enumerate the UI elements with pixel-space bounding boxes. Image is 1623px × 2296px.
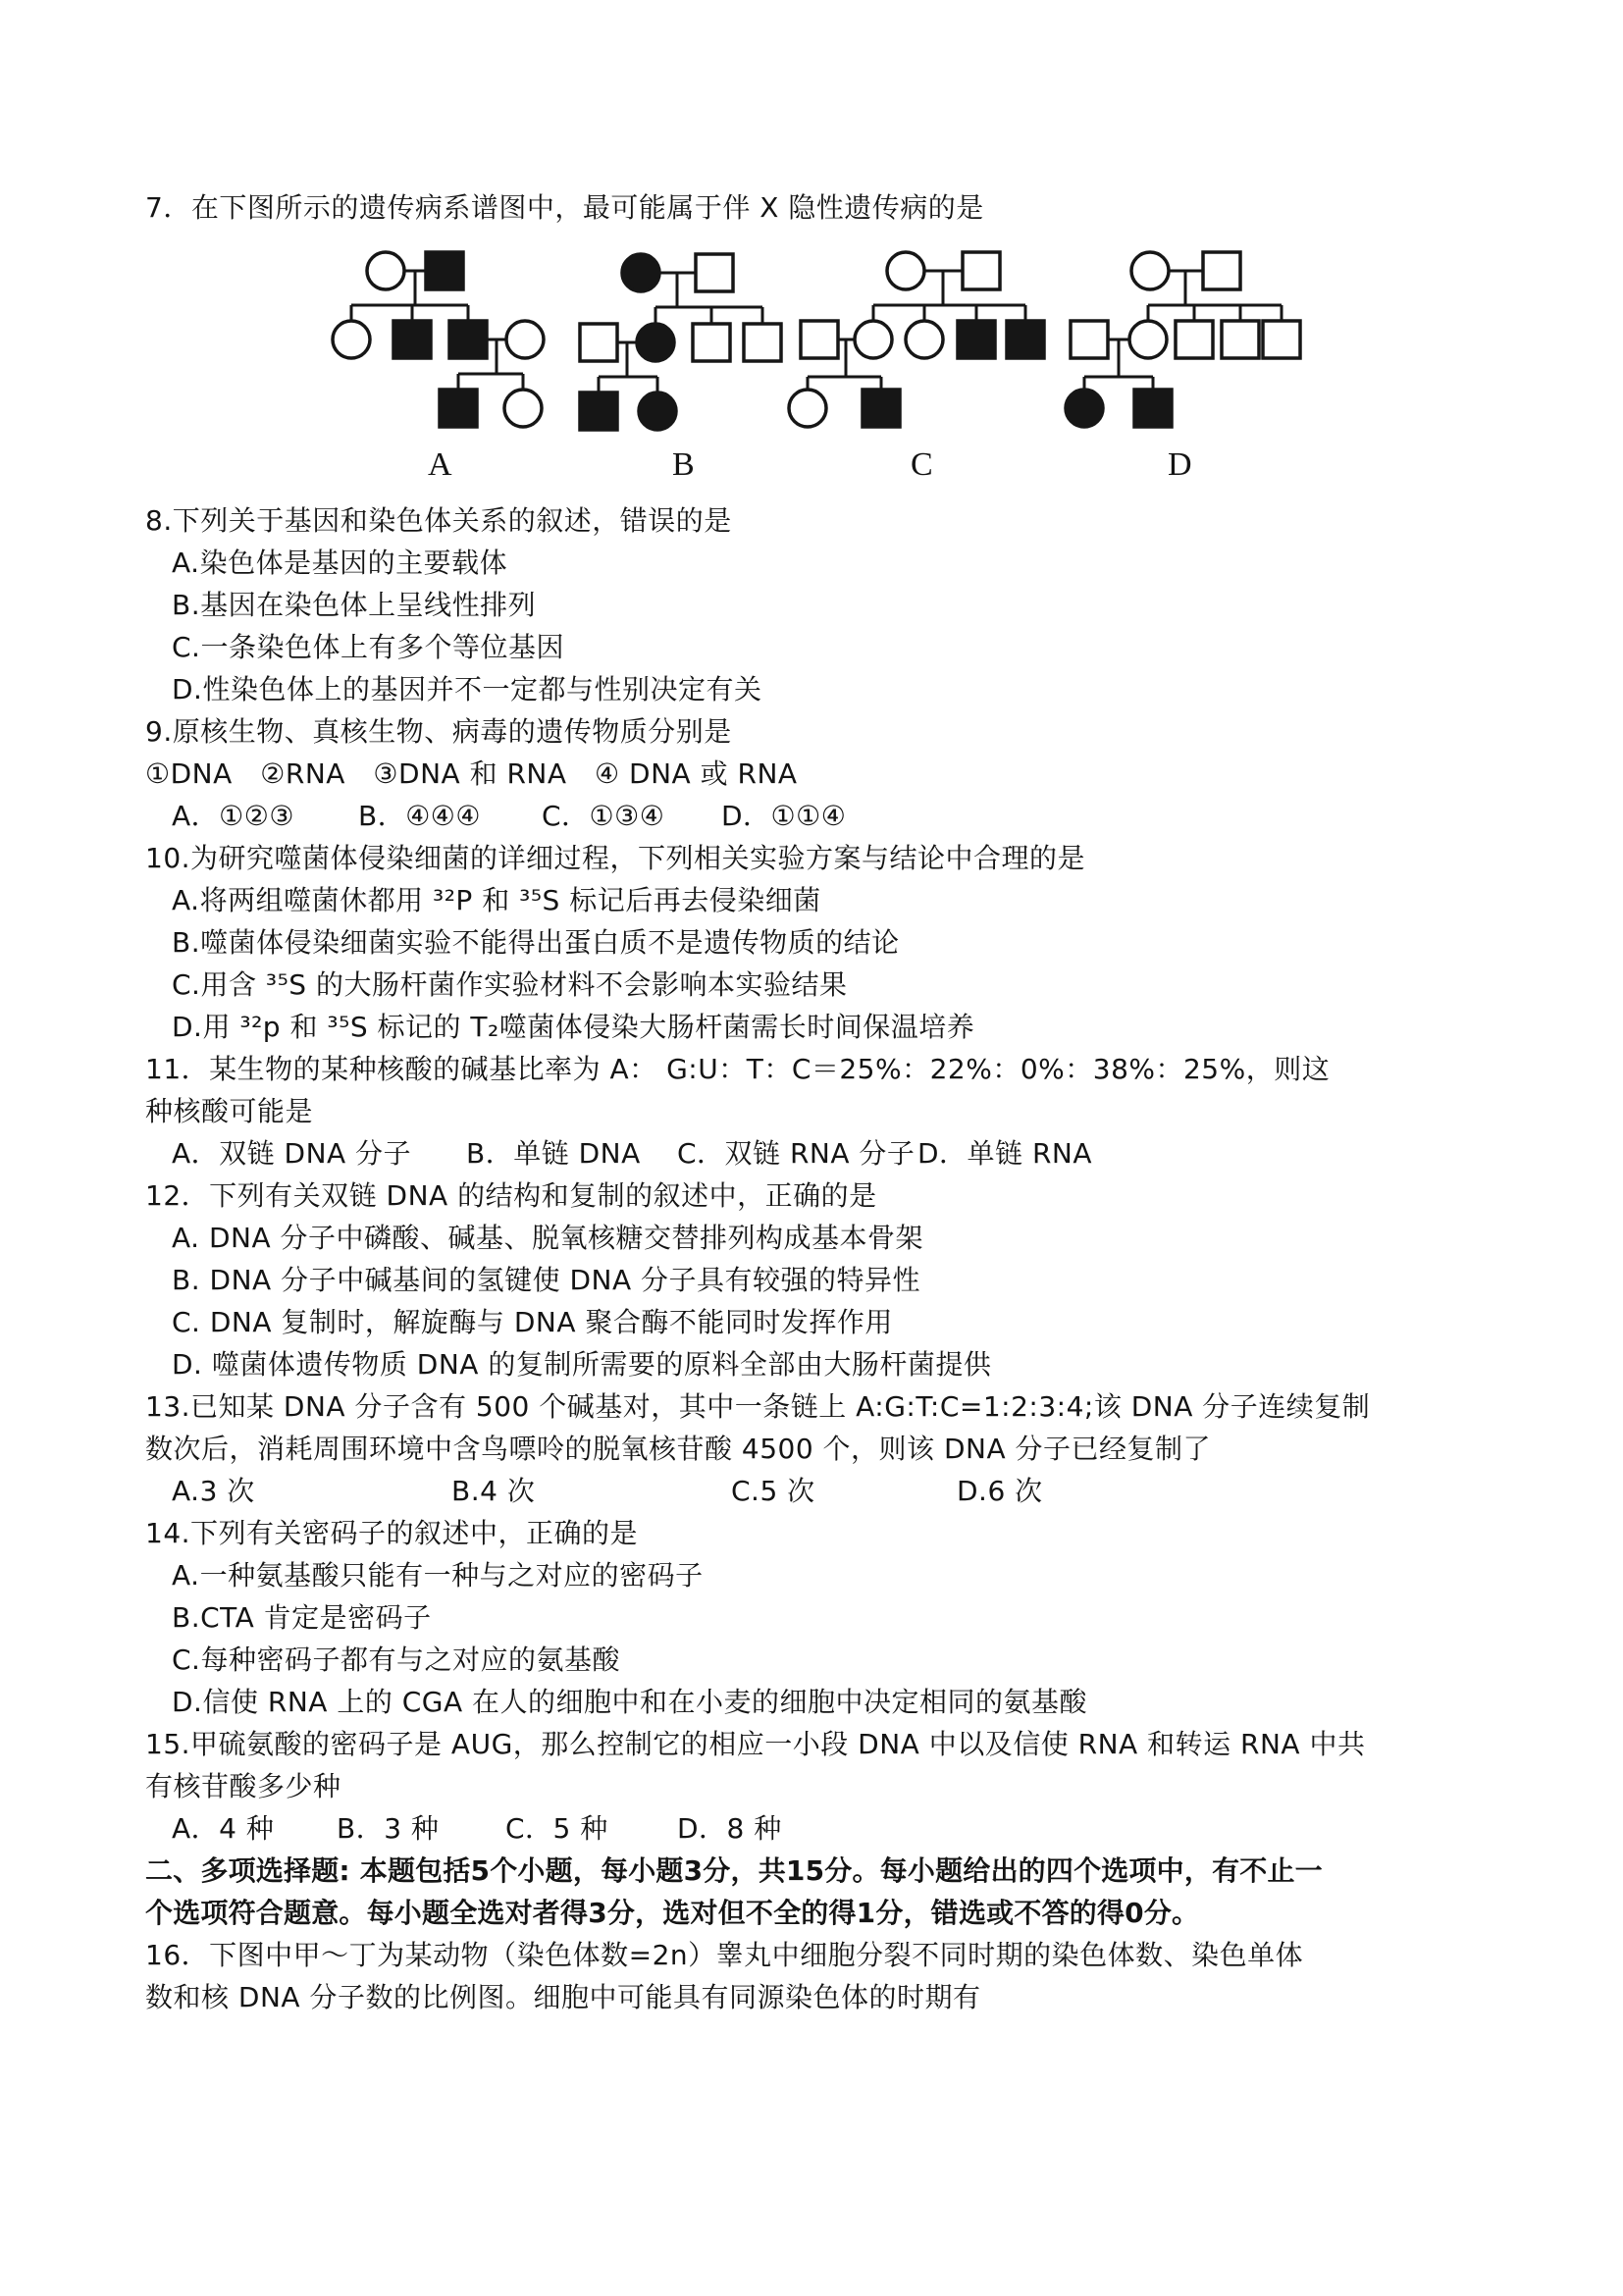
section-header-line: 二、多项选择题: 本题包括5个小题，每小题3分，共15分。每小题给出的四个选项中…: [145, 1850, 1519, 1892]
question-line: 9.原核生物、真核生物、病毒的遗传物质分别是: [145, 710, 1519, 753]
female-node: [906, 321, 943, 358]
option-item: B.4 次: [451, 1470, 535, 1512]
option-item: D．8 种: [677, 1807, 782, 1850]
option-item: D．单链 RNA: [917, 1132, 1092, 1174]
option-item: B．3 种: [337, 1807, 439, 1850]
pedigree-A: A: [333, 252, 544, 483]
pedigree-C: C: [789, 252, 1044, 483]
female-node: [789, 390, 826, 427]
question-line: 7．在下图所示的遗传病系谱图中，最可能属于伴 X 隐性遗传病的是: [145, 186, 1519, 229]
male-node: [1263, 321, 1300, 358]
male-node: [693, 324, 730, 361]
option-item: C．双链 RNA 分子: [677, 1132, 915, 1174]
option-item: D.6 次: [957, 1470, 1043, 1512]
continuation-line: 种核酸可能是: [145, 1090, 1519, 1132]
female-node: [1131, 252, 1169, 289]
option-line: A.一种氨基酸只能有一种与之对应的密码子: [145, 1554, 1519, 1596]
option-line: D.性染色体上的基因并不一定都与性别决定有关: [145, 668, 1519, 710]
affected-male-node: [426, 252, 463, 289]
pedigree-figure: ABCD: [226, 236, 1393, 490]
option-item: A．4 种: [172, 1807, 274, 1850]
affected-male-node: [1134, 390, 1172, 427]
male-node: [696, 254, 733, 291]
affected-female-node: [622, 254, 659, 291]
affected-male-node: [863, 390, 900, 427]
option-line: B.CTA 肯定是密码子: [145, 1596, 1519, 1639]
male-node: [1222, 321, 1259, 358]
male-node: [1203, 252, 1240, 289]
option-item: C．①③④: [542, 795, 664, 837]
affected-male-node: [449, 321, 487, 358]
question-line: 12．下列有关双链 DNA 的结构和复制的叙述中，正确的是: [145, 1174, 1519, 1217]
affected-female-node: [637, 324, 674, 361]
question-line: 16．下图中甲～丁为某动物（染色体数=2n）睾丸中细胞分裂不同时期的染色体数、染…: [145, 1934, 1519, 1976]
pedigree-label: A: [428, 446, 452, 483]
document-body: 7．在下图所示的遗传病系谱图中，最可能属于伴 X 隐性遗传病的是ABCD8.下列…: [145, 186, 1519, 2018]
continuation-line: 有核苷酸多少种: [145, 1765, 1519, 1807]
affected-male-node: [393, 321, 431, 358]
male-node: [580, 324, 617, 361]
option-line: B. DNA 分子中碱基间的氢键使 DNA 分子具有较强的特异性: [145, 1259, 1519, 1301]
option-item: A．双链 DNA 分子: [172, 1132, 411, 1174]
female-node: [887, 252, 924, 289]
question-line: 13.已知某 DNA 分子含有 500 个碱基对，其中一条链上 A:G:T:C=…: [145, 1385, 1519, 1428]
option-line: D. 噬菌体遗传物质 DNA 的复制所需要的原料全部由大肠杆菌提供: [145, 1343, 1519, 1385]
question-line: 11．某生物的某种核酸的碱基比率为 A： G:U：T：C＝25%：22%：0%：…: [145, 1048, 1519, 1090]
continuation-line: 数次后，消耗周围环境中含鸟嘌呤的脱氧核苷酸 4500 个，则该 DNA 分子已经…: [145, 1428, 1519, 1470]
option-line: B.基因在染色体上呈线性排列: [145, 584, 1519, 626]
male-node: [963, 252, 1000, 289]
affected-female-node: [1066, 390, 1103, 427]
option-item: B．单链 DNA: [466, 1132, 641, 1174]
option-line: C. DNA 复制时，解旋酶与 DNA 聚合酶不能同时发挥作用: [145, 1301, 1519, 1343]
affected-female-node: [639, 392, 676, 430]
pedigree-label: D: [1168, 446, 1192, 483]
affected-male-node: [958, 321, 995, 358]
pedigree-label: C: [911, 446, 933, 483]
option-line: C.一条染色体上有多个等位基因: [145, 626, 1519, 668]
question-line: 15.甲硫氨酸的密码子是 AUG，那么控制它的相应一小段 DNA 中以及信使 R…: [145, 1723, 1519, 1765]
female-node: [367, 252, 404, 289]
option-item: A.3 次: [172, 1470, 255, 1512]
section-header-line: 个选项符合题意。每小题全选对者得3分，选对但不全的得1分，错选或不答的得0分。: [145, 1892, 1519, 1934]
pedigree-D: D: [1066, 252, 1300, 483]
continuation-line: 数和核 DNA 分子数的比例图。细胞中可能具有同源染色体的时期有: [145, 1976, 1519, 2018]
affected-male-node: [580, 392, 617, 430]
exam-page: 7．在下图所示的遗传病系谱图中，最可能属于伴 X 隐性遗传病的是ABCD8.下列…: [0, 0, 1623, 2296]
male-node: [801, 321, 838, 358]
option-line: C.每种密码子都有与之对应的氨基酸: [145, 1639, 1519, 1681]
option-item: A．①②③: [172, 795, 294, 837]
male-node: [1071, 321, 1108, 358]
options-row: A．①②③B．④④④C．①③④D．①①④: [145, 795, 1519, 837]
affected-male-node: [1007, 321, 1044, 358]
option-item: D．①①④: [721, 795, 846, 837]
pedigree-label: B: [672, 446, 695, 483]
option-line: A.染色体是基因的主要载体: [145, 542, 1519, 584]
female-node: [504, 390, 542, 427]
option-line: B.噬菌体侵染细菌实验不能得出蛋白质不是遗传物质的结论: [145, 921, 1519, 964]
female-node: [1129, 321, 1167, 358]
male-node: [744, 324, 781, 361]
option-item: B．④④④: [358, 795, 481, 837]
option-line: A.将两组噬菌休都用 ³²P 和 ³⁵S 标记后再去侵染细菌: [145, 879, 1519, 921]
option-line: C.用含 ³⁵S 的大肠杆菌作实验材料不会影响本实验结果: [145, 964, 1519, 1006]
question-line: 14.下列有关密码子的叙述中，正确的是: [145, 1512, 1519, 1554]
pedigree-svg: ABCD: [226, 236, 1393, 490]
question-line: 10.为研究噬菌体侵染细菌的详细过程，下列相关实验方案与结论中合理的是: [145, 837, 1519, 879]
option-line: D.用 ³²p 和 ³⁵S 标记的 T₂噬菌体侵染大肠杆菌需长时间保温培养: [145, 1006, 1519, 1048]
female-node: [506, 321, 544, 358]
option-line: A. DNA 分子中磷酸、碱基、脱氧核糖交替排列构成基本骨架: [145, 1217, 1519, 1259]
question-line: 8.下列关于基因和染色体关系的叙述，错误的是: [145, 499, 1519, 542]
female-node: [333, 321, 370, 358]
affected-male-node: [440, 390, 477, 427]
female-node: [855, 321, 892, 358]
option-item: C.5 次: [731, 1470, 815, 1512]
option-line: D.信使 RNA 上的 CGA 在人的细胞中和在小麦的细胞中决定相同的氨基酸: [145, 1681, 1519, 1723]
options-row: A．4 种B．3 种C．5 种D．8 种: [145, 1807, 1519, 1850]
question-line: ①DNA ②RNA ③DNA 和 RNA ④ DNA 或 RNA: [145, 753, 1519, 795]
option-item: C．5 种: [505, 1807, 608, 1850]
options-row: A.3 次B.4 次C.5 次D.6 次: [145, 1470, 1519, 1512]
male-node: [1176, 321, 1213, 358]
pedigree-B: B: [580, 254, 781, 483]
options-row: A．双链 DNA 分子B．单链 DNAC．双链 RNA 分子D．单链 RNA: [145, 1132, 1519, 1174]
